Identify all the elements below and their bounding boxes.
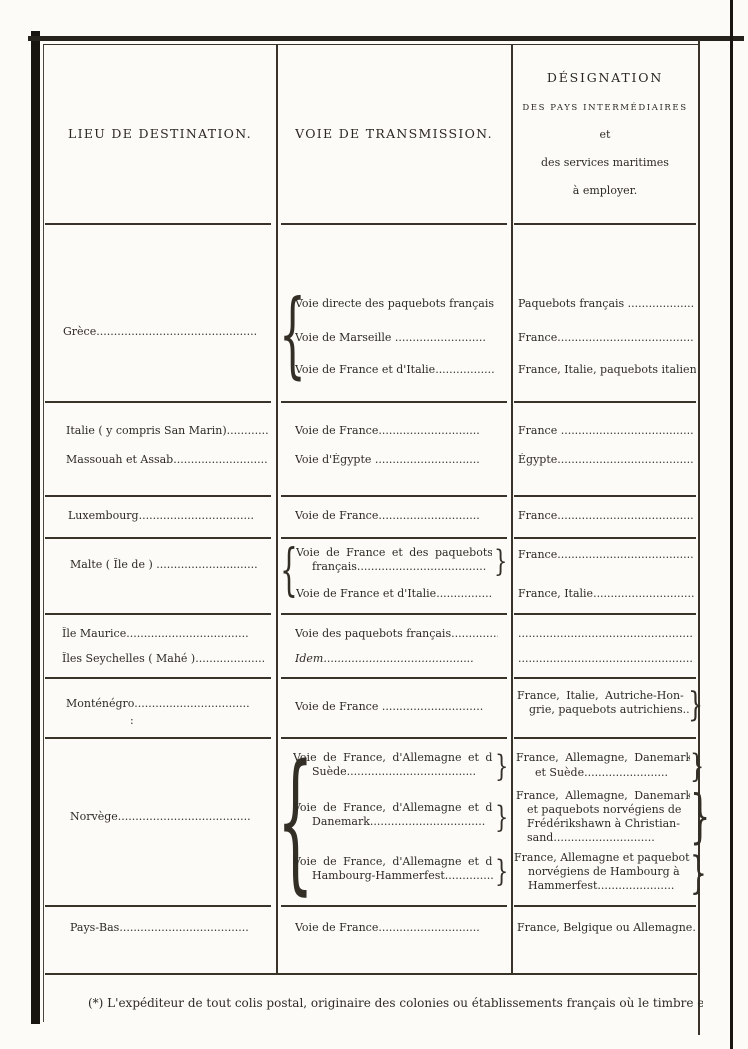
- designation-norvege-1-line1: France, Allemagne, Danemark: [516, 751, 690, 765]
- header-voie-de-transmission: VOIE DE TRANSMISSION.: [277, 126, 511, 141]
- voie-montenegro: Voie de France .........................…: [295, 700, 498, 714]
- destination-montenegro: Monténégro..............................…: [66, 697, 269, 711]
- voie-malte-2: Voie de France et d'Italie..............…: [296, 587, 492, 601]
- designation-massouah: Égypte..................................…: [518, 453, 694, 467]
- row-divider: [281, 905, 507, 907]
- destination-grece: Grèce...................................…: [63, 325, 268, 339]
- header-pays-intermediaires: DES PAYS INTERMÉDIAIRES: [511, 103, 699, 113]
- destination-italie: Italie ( y compris San Marin)...........…: [66, 424, 269, 438]
- designation-grece-2: France..................................…: [518, 331, 694, 345]
- voie-norvege-3-line1: Voie de France, d'Allemagne et de: [293, 855, 493, 869]
- voie-grece-3: Voie de France et d'Italie..............…: [295, 363, 498, 377]
- header-lieu-de-destination: LIEU DE DESTINATION.: [43, 126, 277, 141]
- row-divider: [281, 401, 507, 403]
- row-divider: [281, 223, 507, 225]
- voie-malte-1-line1: Voie de France et des paquebots: [296, 546, 492, 560]
- designation-grece-3: France, Italie, paquebots italiens: [518, 363, 696, 377]
- voie-massouah: Voie d'Égypte ..........................…: [295, 453, 498, 467]
- designation-norvege-1-line2: et Suède........................: [535, 766, 690, 780]
- row-divider: [45, 401, 271, 403]
- row-divider: [45, 905, 271, 907]
- footnote: (*) L'expéditeur de tout colis postal, o…: [88, 996, 703, 1010]
- designation-malte-2: France, Italie..........................…: [518, 587, 694, 601]
- designation-norvege-2-line2: et paquebots norvégiens de: [527, 803, 690, 817]
- voie-norvege-2-line1: Voie de France, d'Allemagne et de: [293, 801, 493, 815]
- designation-norvege-3-line1: France, Allemagne et paquebots: [514, 851, 690, 865]
- designation-norvege-3-line3: Hammerfest......................: [528, 879, 690, 893]
- table-left-border: [43, 44, 44, 1022]
- row-divider: [45, 677, 271, 679]
- voie-grece-2: Voie de Marseille ......................…: [295, 331, 498, 345]
- voie-norvege-1-line1: Voie de France, d'Allemagne et de: [293, 751, 493, 765]
- row-divider: [514, 401, 696, 403]
- row-divider: [281, 737, 507, 739]
- voie-norvege-3-line2: Hambourg-Hammerfest..............: [312, 869, 493, 883]
- destination-paysbas: Pays-Bas................................…: [70, 921, 270, 935]
- row-divider: [45, 737, 271, 739]
- norvege-brace: {: [277, 745, 314, 897]
- designation-seychelles: ........................................…: [518, 652, 694, 666]
- header-services-maritimes: des services maritimes: [511, 156, 699, 170]
- voie-maurice: Voie des paquebots français.............…: [295, 627, 498, 641]
- norvege-voie3-right-brace: }: [495, 857, 508, 887]
- voie-norvege-2-line2: Danemark................................…: [312, 815, 493, 829]
- designation-montenegro-line2: grie, paquebots autrichiens..: [529, 703, 689, 717]
- designation-italie: France .................................…: [518, 424, 694, 438]
- norvege-desig3-right-brace: }: [690, 852, 707, 896]
- top-inner-border: [43, 44, 700, 45]
- designation-maurice: ........................................…: [518, 627, 694, 641]
- row-divider: [45, 223, 271, 225]
- designation-luxembourg: France..................................…: [518, 509, 694, 523]
- table-bottom-border: [45, 973, 697, 975]
- voie-malte-1-line2: français................................…: [312, 560, 492, 574]
- designation-norvege-2-line3: Frédérikshawn à Christian-: [527, 817, 690, 831]
- destination-norvege: Norvège.................................…: [70, 810, 270, 824]
- norvege-desig2-right-brace: }: [690, 787, 710, 845]
- header-et: et: [511, 128, 699, 142]
- voie-luxembourg: Voie de France..........................…: [295, 509, 498, 523]
- left-scan-bar: [31, 31, 40, 1024]
- row-divider: [45, 537, 271, 539]
- right-page-edge-line: [730, 0, 733, 1049]
- header-a-employer: à employer.: [511, 184, 699, 198]
- voie-grece-1: Voie directe des paquebots français ..: [295, 297, 498, 311]
- voie-seychelles: Idem....................................…: [295, 652, 498, 666]
- row-divider: [514, 495, 696, 497]
- destination-seychelles: Îles Seychelles ( Mahé )................…: [62, 652, 269, 666]
- voie-norvege-1-line2: Suède...................................…: [312, 765, 493, 779]
- row-divider: [514, 223, 696, 225]
- norvege-voie2-right-brace: }: [495, 803, 508, 833]
- norvege-desig1-right-brace: }: [690, 750, 704, 782]
- voie-italie: Voie de France..........................…: [295, 424, 498, 438]
- designation-norvege-2-line1: France, Allemagne, Danemark: [516, 789, 690, 803]
- malte-voie1-right-brace: }: [494, 547, 507, 577]
- top-scan-border: [28, 36, 744, 41]
- row-divider: [45, 613, 271, 615]
- row-divider: [514, 677, 696, 679]
- designation-grece-1: Paquebots français .....................…: [518, 297, 694, 311]
- designation-montenegro-line1: France, Italie, Autriche-Hon-: [517, 689, 689, 703]
- row-divider: [281, 495, 507, 497]
- destination-malte: Malte ( Île de ) .......................…: [70, 558, 270, 572]
- colon-artifact: :: [130, 714, 134, 728]
- row-divider: [281, 537, 507, 539]
- destination-luxembourg: Luxembourg..............................…: [68, 509, 271, 523]
- header-designation: DÉSIGNATION: [511, 70, 699, 85]
- row-divider: [45, 495, 271, 497]
- destination-maurice: Île Maurice.............................…: [62, 627, 269, 641]
- montenegro-right-brace: }: [688, 688, 703, 722]
- norvege-voie1-right-brace: }: [495, 752, 508, 782]
- designation-malte-1: France..................................…: [518, 548, 694, 562]
- designation-paysbas: France, Belgique ou Allemagne.: [517, 921, 697, 935]
- voie-paysbas: Voie de France..........................…: [295, 921, 498, 935]
- row-divider: [514, 613, 696, 615]
- destination-massouah: Massouah et Assab.......................…: [66, 453, 269, 467]
- row-divider: [514, 737, 696, 739]
- designation-norvege-3-line2: norvégiens de Hambourg à: [528, 865, 690, 879]
- designation-norvege-2-line4: sand.............................: [527, 831, 690, 845]
- row-divider: [514, 905, 696, 907]
- row-divider: [281, 677, 507, 679]
- row-divider: [281, 613, 507, 615]
- scanned-postal-table-page: LIEU DE DESTINATION. VOIE DE TRANSMISSIO…: [0, 0, 748, 1049]
- row-divider: [514, 537, 696, 539]
